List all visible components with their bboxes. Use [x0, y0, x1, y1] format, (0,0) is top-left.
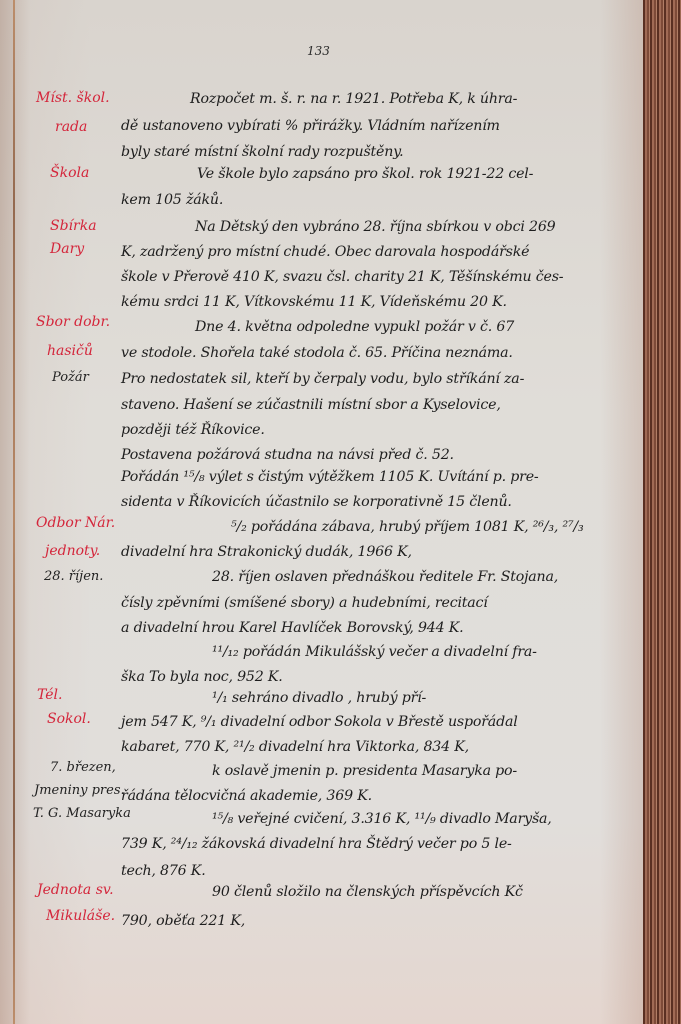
handwritten-line: Pro nedostatek sil, kteří by čerpaly vod… [121, 370, 524, 388]
handwritten-line: divadelní hra Strakonický dudák, 1966 K, [121, 543, 412, 561]
handwritten-line: řádána tělocvičná akademie, 369 K. [121, 787, 372, 805]
handwritten-line: K, zadržený pro místní chudé. Obec darov… [121, 243, 529, 261]
notebook-page: 133 Míst. škol.radaŠkolaSbírkaDarySbor d… [0, 0, 643, 1024]
handwritten-line: Dne 4. května odpoledne vypukl požár v č… [195, 318, 514, 336]
handwritten-line: ¹¹/₁₂ pořádán Mikulášský večer a divadel… [212, 643, 537, 661]
handwritten-line: byly staré místní školní rady rozpuštěny… [121, 143, 403, 161]
handwritten-line: dě ustanoveno vybírati % přirážky. Vládn… [121, 117, 500, 135]
handwritten-line: čísly zpěvními (smíšené sbory) a hudební… [121, 594, 488, 612]
margin-label: rada [55, 119, 87, 135]
handwritten-line: 90 členů složilo na členských příspěvcíc… [212, 883, 523, 901]
margin-label: Míst. škol. [36, 90, 110, 106]
margin-label: T. G. Masaryka [33, 806, 131, 822]
handwritten-line: Ve škole bylo zapsáno pro škol. rok 1921… [197, 165, 533, 183]
page-number: 133 [307, 44, 330, 58]
margin-label: Sbírka [50, 218, 97, 234]
margin-label: Škola [50, 165, 89, 181]
handwritten-line: škole v Přerově 410 K, svazu čsl. charit… [121, 268, 563, 286]
handwritten-line: 790, oběťa 221 K, [121, 912, 245, 930]
margin-label: Sbor dobr. [36, 314, 110, 330]
margin-label: 28. říjen. [44, 569, 103, 585]
handwritten-line: staveno. Hašení se zúčastnili místní sbo… [121, 396, 501, 414]
page-edge-shadow [600, 0, 643, 1024]
margin-label: Sokol. [47, 711, 91, 727]
handwritten-line: Postavena požárová studna na návsi před … [121, 446, 454, 464]
margin-label: hasičů [47, 343, 93, 359]
margin-label: Dary [50, 241, 84, 257]
handwritten-line: později též Říkovice. [121, 421, 265, 439]
handwritten-line: 28. říjen oslaven přednáškou ředitele Fr… [212, 568, 558, 586]
handwritten-line: tech, 876 K. [121, 862, 206, 880]
handwritten-line: kem 105 žáků. [121, 191, 223, 209]
handwritten-line: ve stodole. Shořela také stodola č. 65. … [121, 344, 513, 362]
margin-label: Jednota sv. [37, 882, 114, 898]
handwritten-line: 739 K, ²⁴/₁₂ žákovská divadelní hra Štěd… [121, 835, 512, 853]
margin-label: Jmeniny pres. [34, 783, 125, 799]
handwritten-line: ⁵/₂ pořádána zábava, hrubý příjem 1081 K… [231, 518, 584, 536]
handwritten-line: a divadelní hrou Karel Havlíček Borovský… [121, 619, 463, 637]
margin-label: jednoty. [45, 543, 100, 559]
margin-label: Tél. [37, 687, 62, 703]
binding-gutter-line [13, 0, 15, 1024]
handwritten-line: kabaret, 770 K, ²¹/₂ divadelní hra Vikto… [121, 738, 469, 756]
margin-label: 7. březen, [50, 760, 116, 776]
handwritten-line: Rozpočet m. š. r. na r. 1921. Potřeba K,… [190, 90, 517, 108]
handwritten-line: kému srdci 11 K, Vítkovskému 11 K, Vídeň… [121, 293, 507, 311]
margin-label: Mikuláše. [46, 908, 115, 924]
handwritten-line: Pořádán ¹⁵/₈ výlet s čistým výtěžkem 110… [121, 468, 539, 486]
margin-label: Požár [52, 370, 89, 386]
handwritten-line: Na Dětský den vybráno 28. října sbírkou … [195, 218, 556, 236]
handwritten-line: ¹/₁ sehráno divadlo , hrubý pří- [212, 689, 426, 707]
handwritten-line: sidenta v Říkovicích účastnilo se korpor… [121, 493, 512, 511]
handwritten-line: ¹⁵/₈ veřejné cvičení, 3.316 K, ¹¹/₉ diva… [212, 810, 552, 828]
book-page-stack [643, 0, 681, 1024]
handwritten-line: k oslavě jmenin p. presidenta Masaryka p… [212, 762, 517, 780]
handwritten-line: jem 547 K, ⁹/₁ divadelní odbor Sokola v … [121, 713, 518, 731]
handwritten-line: ška To byla noc, 952 K. [121, 668, 283, 686]
margin-label: Odbor Nár. [36, 515, 115, 531]
